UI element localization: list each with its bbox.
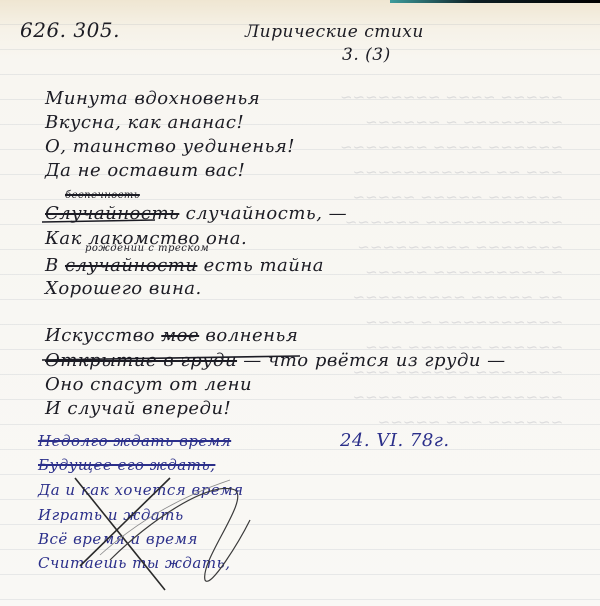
poem-line: Недолго ждать время — [38, 432, 231, 450]
poem-line: Вкусна, как ананас! — [45, 112, 244, 133]
poem-title: Лирические стихи — [245, 22, 424, 42]
poem-line: Минута вдохновенья — [45, 88, 260, 109]
struck-note: беспечность — [65, 190, 140, 201]
poem-line: И случай впереди! — [45, 398, 231, 419]
poem-line: Оно спасут от лени — [45, 374, 252, 395]
archive-number: 626. 305. — [20, 18, 120, 42]
line-suffix: — что рвётся из груди — — [237, 350, 506, 371]
poem-line: Открытие в груди — что рвётся из груди — — [45, 350, 506, 371]
poem-line: О, таинство уединенья! — [45, 136, 295, 157]
poem-line: Всё время и время — [38, 530, 198, 548]
bleed-through-text: ~~~~~ ~~~~ ~~~~~~~~~~~~~~~~ ~ ~~~~~~~~~~… — [340, 85, 563, 435]
struck-word: мое — [161, 325, 199, 346]
manuscript-page: ~~~~~ ~~~~ ~~~~~~~~~~~~~~~~ ~ ~~~~~~~~~~… — [0, 0, 600, 606]
poem-line: Будущее его ждать, — [38, 456, 215, 474]
poem-line: Да не оставит вас! — [45, 160, 245, 181]
struck-word: случайности — [65, 255, 197, 276]
poem-line: Играть и ждать — [38, 506, 184, 524]
poem-line: Да и как хочется время — [38, 481, 244, 499]
poem-line: В случайности есть тайна — [45, 255, 324, 276]
struck-phrase: Открытие в груди — [45, 350, 237, 371]
line-suffix: есть тайна — [197, 255, 324, 276]
line-suffix: случайность, — — [179, 203, 347, 224]
poem-line: Случайность случайность, — — [45, 203, 347, 224]
poem-line: Считаешь ты ждать, — [38, 554, 231, 572]
date: 24. VI. 78г. — [340, 430, 450, 451]
scan-edge — [390, 0, 600, 3]
page-number: 3. (3) — [342, 45, 391, 65]
insertion-note: рождении с треском — [85, 243, 209, 254]
struck-word: Случайность — [45, 203, 179, 224]
poem-line: Хорошего вина. — [45, 278, 202, 299]
line-suffix: волненья — [199, 325, 298, 346]
line-start: В — [45, 255, 59, 276]
poem-line: Искусство мое волненья — [45, 325, 298, 346]
line-start: Искусство — [45, 325, 155, 346]
